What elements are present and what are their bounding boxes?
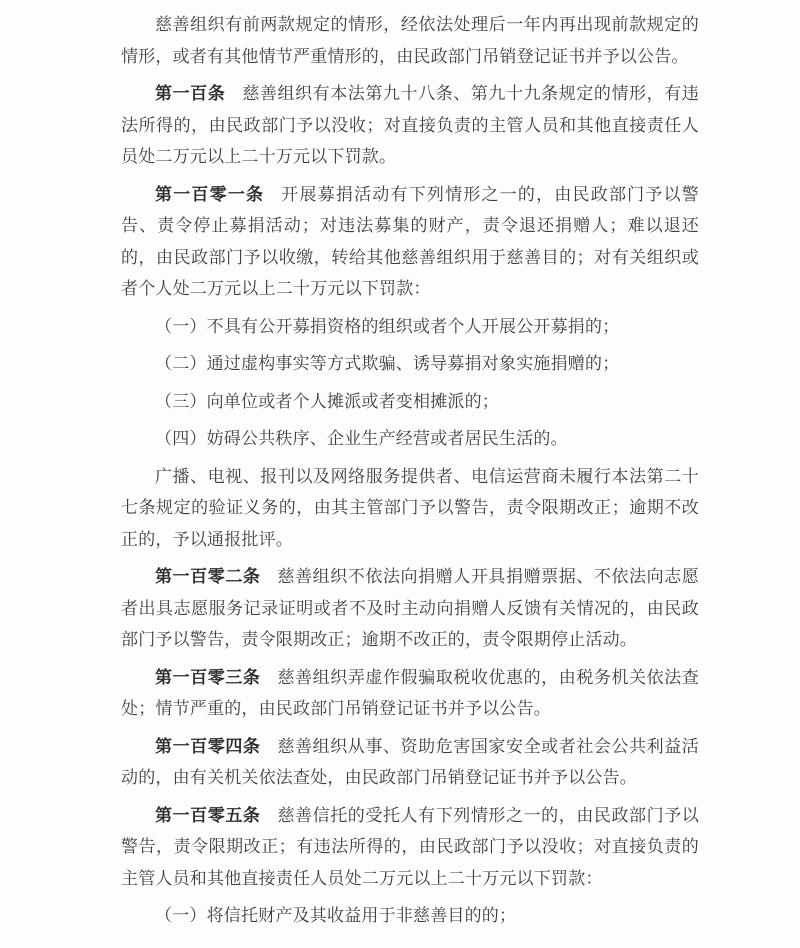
law-text-column: 慈善组织有前两款规定的情形，经依法处理后一年内再出现前款规定的情形，或者有其他情… (121, 9, 699, 938)
paragraph-text: （二）通过虚构事实等方式欺骗、诱导募捐对象实施捐赠的； (155, 354, 619, 373)
paragraph-text: （三）向单位或者个人摊派或者变相摊派的； (155, 392, 499, 411)
law-paragraph: 第一百零三条慈善组织弄虚作假骗取税收优惠的，由税务机关依法查处；情节严重的，由民… (121, 662, 699, 725)
article-number: 第一百条 (155, 84, 225, 103)
law-list-item: （三）向单位或者个人摊派或者变相摊派的； (121, 386, 699, 418)
document-page: 慈善组织有前两款规定的情形，经依法处理后一年内再出现前款规定的情形，或者有其他情… (0, 0, 800, 948)
article-number: 第一百零一条 (155, 185, 264, 204)
law-paragraph: 第一百零一条开展募捐活动有下列情形之一的，由民政部门予以警告、责令停止募捐活动；… (121, 179, 699, 305)
paragraph-text: 广播、电视、报刊以及网络服务提供者、电信运营商未履行本法第二十七条规定的验证义务… (121, 467, 699, 549)
law-paragraph: 第一百零四条慈善组织从事、资助危害国家安全或者社会公共利益活动的，由有关机关依法… (121, 731, 699, 794)
law-list-item: （四）妨碍公共秩序、企业生产经营或者居民生活的。 (121, 423, 699, 455)
law-paragraph: 第一百条慈善组织有本法第九十八条、第九十九条规定的情形，有违法所得的，由民政部门… (121, 78, 699, 173)
law-paragraph: 广播、电视、报刊以及网络服务提供者、电信运营商未履行本法第二十七条规定的验证义务… (121, 461, 699, 556)
law-list-item: （一）不具有公开募捐资格的组织或者个人开展公开募捐的； (121, 311, 699, 343)
law-list-item: （二）通过虚构事实等方式欺骗、诱导募捐对象实施捐赠的； (121, 348, 699, 380)
article-number: 第一百零二条 (155, 567, 260, 586)
article-number: 第一百零四条 (155, 737, 260, 756)
paragraph-text: （一）将信托财产及其收益用于非慈善目的的； (155, 906, 516, 925)
paragraph-text: （一）不具有公开募捐资格的组织或者个人开展公开募捐的； (155, 317, 619, 336)
law-paragraph: 慈善组织有前两款规定的情形，经依法处理后一年内再出现前款规定的情形，或者有其他情… (121, 9, 699, 72)
law-paragraph: 第一百零五条慈善信托的受托人有下列情形之一的，由民政部门予以警告，责令限期改正；… (121, 800, 699, 895)
article-number: 第一百零三条 (155, 668, 260, 687)
article-number: 第一百零五条 (155, 806, 260, 825)
law-list-item: （一）将信托财产及其收益用于非慈善目的的； (121, 900, 699, 932)
law-paragraph: 第一百零二条慈善组织不依法向捐赠人开具捐赠票据、不依法向志愿者出具志愿服务记录证… (121, 561, 699, 656)
paragraph-text: （四）妨碍公共秩序、企业生产经营或者居民生活的。 (155, 429, 568, 448)
paragraph-text: 慈善组织有前两款规定的情形，经依法处理后一年内再出现前款规定的情形，或者有其他情… (121, 15, 699, 66)
